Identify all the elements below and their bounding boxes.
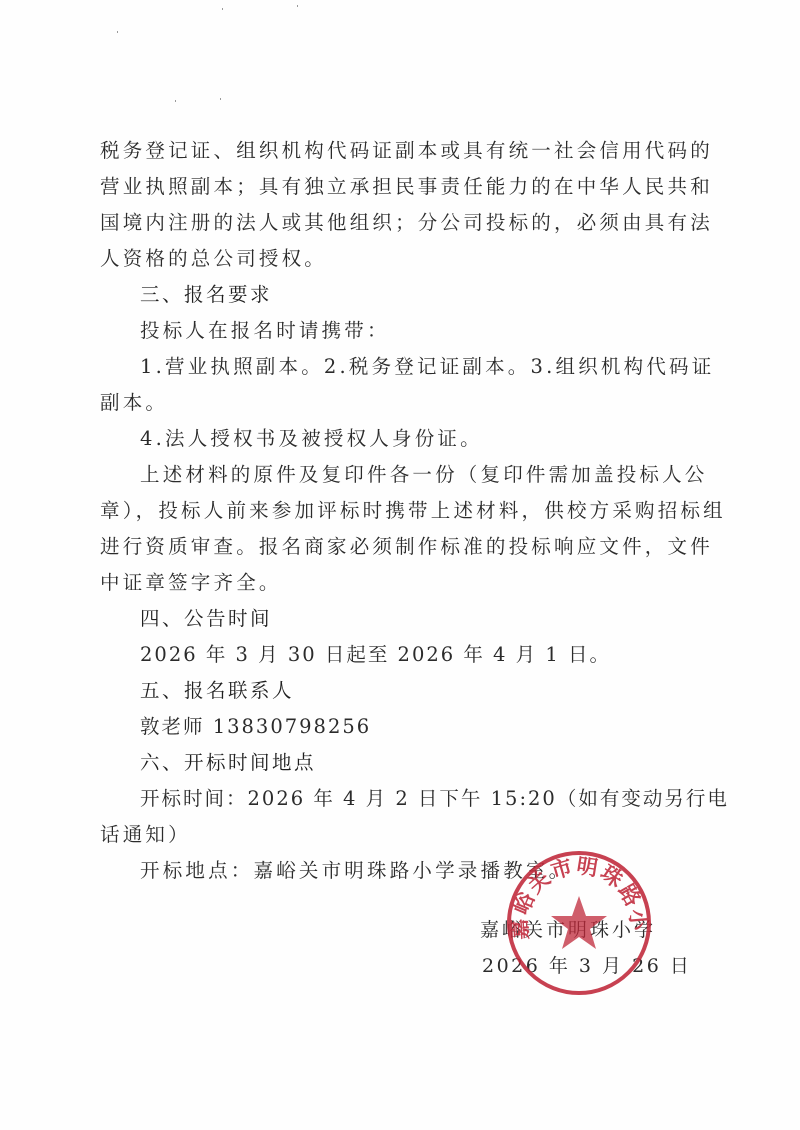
paragraph-line: 人资格的总公司授权。 xyxy=(100,245,327,273)
registration-intro: 投标人在报名时请携带： xyxy=(140,317,390,345)
bid-opening-time-cont: 话通知） xyxy=(100,821,191,849)
registration-items: 1.营业执照副本。2.税务登记证副本。3.组织机构代码证 xyxy=(140,353,714,381)
materials-note: 进行资质审查。报名商家必须制作标准的投标响应文件，文件 xyxy=(100,533,713,561)
scan-speck xyxy=(175,100,176,102)
official-seal-icon: 嘉峪关市明珠路小学 xyxy=(504,848,654,998)
contact-person: 敦老师 13830798256 xyxy=(140,713,371,741)
section-heading-registration: 三、报名要求 xyxy=(140,281,272,309)
materials-note: 中证章签字齐全。 xyxy=(100,569,282,597)
announcement-period: 2026 年 3 月 30 日起至 2026 年 4 月 1 日。 xyxy=(140,641,611,669)
paragraph-line: 税务登记证、组织机构代码证副本或具有统一社会信用代码的 xyxy=(100,137,713,165)
section-heading-contact: 五、报名联系人 xyxy=(140,677,294,705)
bid-opening-time: 开标时间：2026 年 4 月 2 日下午 15:20（如有变动另行电 xyxy=(140,785,729,813)
scan-speck xyxy=(220,98,221,100)
scan-speck xyxy=(222,8,223,10)
paragraph-line: 营业执照副本；具有独立承担民事责任能力的在中华人民共和 xyxy=(100,173,713,201)
document-page: 税务登记证、组织机构代码证副本或具有统一社会信用代码的 营业执照副本；具有独立承… xyxy=(0,0,800,1130)
materials-note: 上述材料的原件及复印件各一份（复印件需加盖投标人公 xyxy=(140,461,708,489)
section-heading-announcement-time: 四、公告时间 xyxy=(140,605,272,633)
registration-items-cont: 副本。 xyxy=(100,389,168,417)
scan-speck xyxy=(117,31,118,33)
scan-speck xyxy=(297,5,298,7)
materials-note: 章），投标人前来参加评标时携带上述材料，供校方采购招标组 xyxy=(100,497,726,525)
section-heading-bid-opening: 六、开标时间地点 xyxy=(140,749,316,777)
registration-items: 4.法人授权书及被授权人身份证。 xyxy=(140,425,483,453)
paragraph-line: 国境内注册的法人或其他组织；分公司投标的，必须由具有法 xyxy=(100,209,713,237)
